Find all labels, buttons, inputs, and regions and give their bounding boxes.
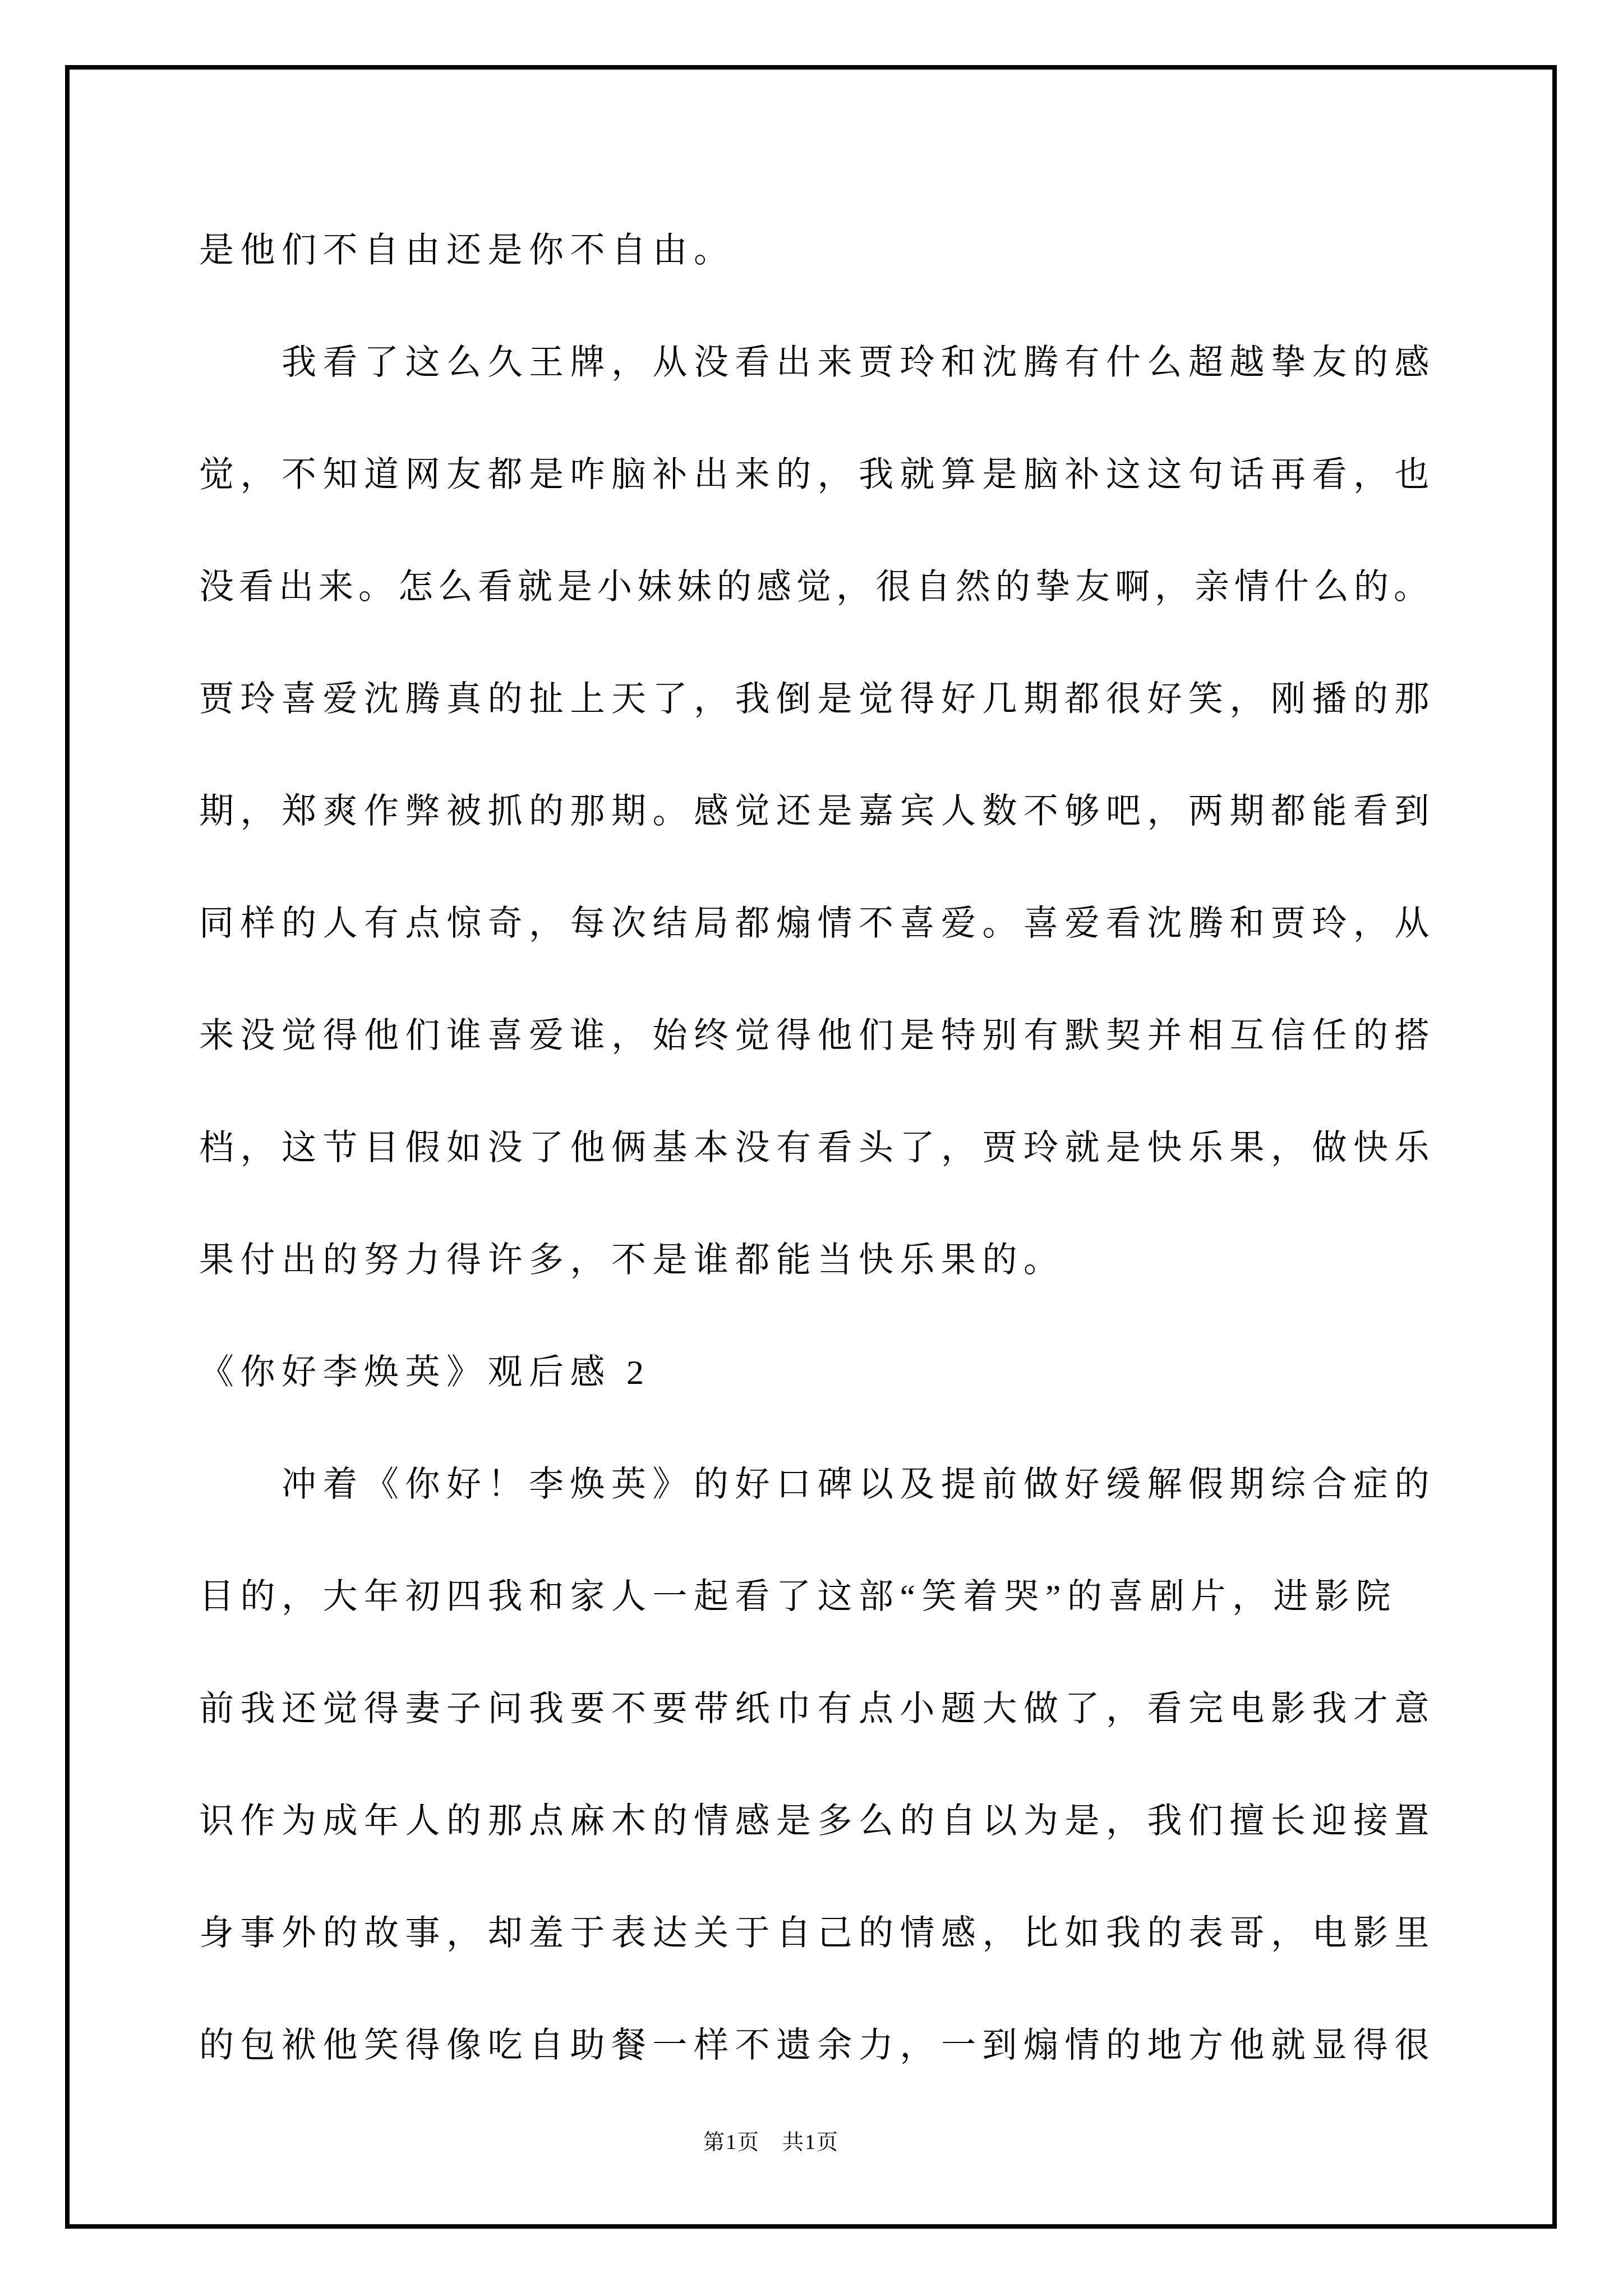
document-line: 果付出的努力得许多，不是谁都能当快乐果的。 xyxy=(199,1204,1438,1317)
document-line: 贾玲喜爱沈腾真的扯上天了，我倒是觉得好几期都很好笑，刚播的那 xyxy=(199,643,1438,756)
document-line: 没看出来。怎么看就是小妹妹的感觉，很自然的挚友啊，亲情什么的。 xyxy=(199,531,1438,643)
document-line: 同样的人有点惊奇，每次结局都煽情不喜爱。喜爱看沈腾和贾玲，从 xyxy=(199,868,1438,980)
document-line: 冲着《你好！李焕英》的好口碑以及提前做好缓解假期综合症的 xyxy=(199,1429,1438,1541)
document-line: 前我还觉得妻子问我要不要带纸巾有点小题大做了，看完电影我才意 xyxy=(199,1653,1438,1765)
document-line: 目的，大年初四我和家人一起看了这部“笑着哭”的喜剧片，进影院 xyxy=(199,1541,1438,1653)
document-line: 身事外的故事，却羞于表达关于自己的情感，比如我的表哥，电影里 xyxy=(199,1878,1438,1990)
document-line: 是他们不自由还是你不自由。 xyxy=(199,195,1438,307)
document-line: 识作为成年人的那点麻木的情感是多么的自以为是，我们擅长迎接置 xyxy=(199,1765,1438,1878)
document-line: 的包袱他笑得像吃自助餐一样不遗余力，一到煽情的地方他就显得很 xyxy=(199,1990,1438,2102)
document-line: 我看了这么久王牌，从没看出来贾玲和沈腾有什么超越挚友的感 xyxy=(199,307,1438,419)
document-line: 觉，不知道网友都是咋脑补出来的，我就算是脑补这这句话再看，也 xyxy=(199,419,1438,531)
document-section-title: 《你好李焕英》观后感 2 xyxy=(199,1317,1438,1429)
document-line: 期，郑爽作弊被抓的那期。感觉还是嘉宾人数不够吧，两期都能看到 xyxy=(199,756,1438,868)
document-line: 来没觉得他们谁喜爱谁，始终觉得他们是特别有默契并相互信任的搭 xyxy=(199,980,1438,1092)
document-line: 档，这节目假如没了他俩基本没有看头了，贾玲就是快乐果，做快乐 xyxy=(199,1092,1438,1204)
page-number-footer: 第1页 共1页 xyxy=(199,2125,1438,2159)
document-page: 是他们不自由还是你不自由。 我看了这么久王牌，从没看出来贾玲和沈腾有什么超越挚友… xyxy=(0,0,1623,2296)
document-body: 是他们不自由还是你不自由。 我看了这么久王牌，从没看出来贾玲和沈腾有什么超越挚友… xyxy=(199,195,1438,2102)
